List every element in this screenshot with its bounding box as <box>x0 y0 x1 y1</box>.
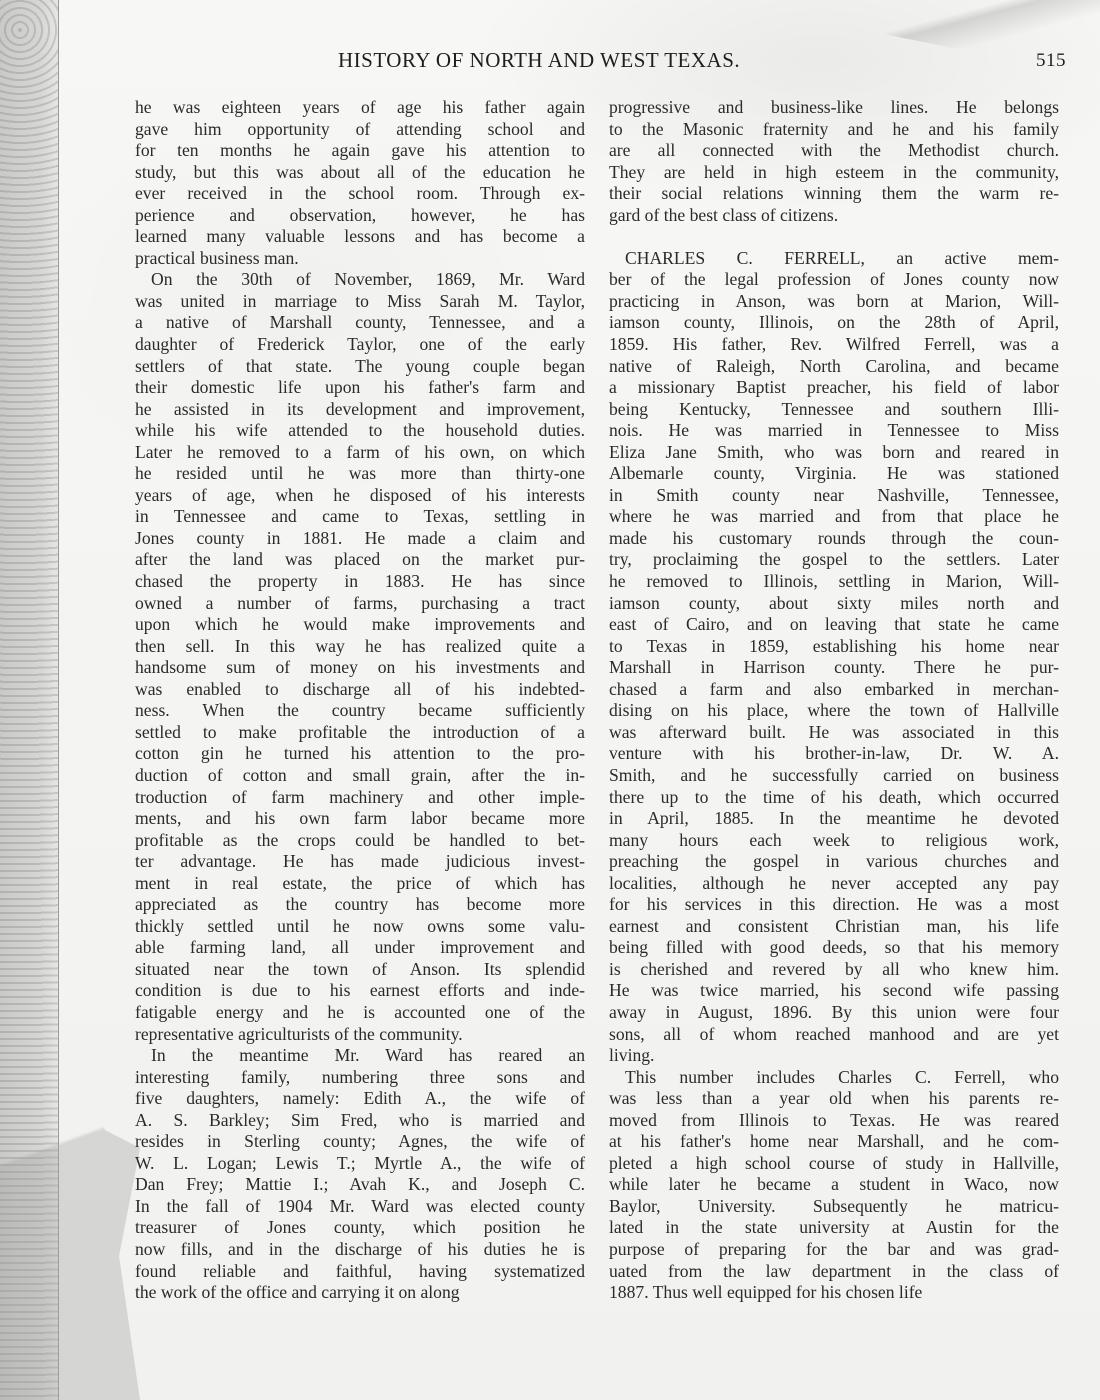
text-line: treasurer of Jones county, which positio… <box>135 1217 585 1239</box>
text-line: chased the property in 1883. He has sinc… <box>135 571 585 593</box>
text-line: where he was married and from that place… <box>609 506 1059 528</box>
text-line: owned a number of farms, purchasing a tr… <box>135 593 585 615</box>
text-line: being filled with good deeds, so that hi… <box>609 937 1059 959</box>
text-line: their domestic life upon his father's fa… <box>135 377 585 399</box>
text-line: he resided until he was more than thirty… <box>135 463 585 485</box>
text-line: moved from Illinois to Texas. He was rea… <box>609 1110 1059 1132</box>
text-line: CHARLES C. FERRELL, an active mem- <box>609 248 1059 270</box>
paragraph: he was eighteen years of age his father … <box>135 97 585 269</box>
text-line: east of Cairo, and on leaving that state… <box>609 614 1059 636</box>
text-line: he assisted in its development and impro… <box>135 399 585 421</box>
text-line: fatigable energy and he is accounted one… <box>135 1002 585 1024</box>
left-column: he was eighteen years of age his father … <box>135 97 585 1304</box>
text-line: A. S. Barkley; Sim Fred, who is married … <box>135 1110 585 1132</box>
text-line: progressive and business-like lines. He … <box>609 97 1059 119</box>
text-line: study, but this was about all of the edu… <box>135 162 585 184</box>
text-line: iamson county, Illinois, on the 28th of … <box>609 312 1059 334</box>
text-line: venture with his brother-in-law, Dr. W. … <box>609 743 1059 765</box>
text-line: he removed to Illinois, settling in Mari… <box>609 571 1059 593</box>
text-line: chased a farm and also embarked in merch… <box>609 679 1059 701</box>
text-line: nois. He was married in Tennessee to Mis… <box>609 420 1059 442</box>
text-line: a missionary Baptist preacher, his field… <box>609 377 1059 399</box>
text-line: ever received in the school room. Throug… <box>135 183 585 205</box>
text-line: was afterward built. He was associated i… <box>609 722 1059 744</box>
text-line: handsome sum of money on his investments… <box>135 657 585 679</box>
text-line: is cherished and revered by all who knew… <box>609 959 1059 981</box>
text-line: Dan Frey; Mattie I.; Avah K., and Joseph… <box>135 1174 585 1196</box>
text-line: dising on his place, where the town of H… <box>609 700 1059 722</box>
text-line: localities, although he never accepted a… <box>609 873 1059 895</box>
text-line: lated in the state university at Austin … <box>609 1217 1059 1239</box>
text-line: ment in real estate, the price of which … <box>135 873 585 895</box>
text-line: to Texas in 1859, establishing his home … <box>609 636 1059 658</box>
text-line: now fills, and in the discharge of his d… <box>135 1239 585 1261</box>
text-line: situated near the town of Anson. Its spl… <box>135 959 585 981</box>
text-line: settled to make profitable the introduct… <box>135 722 585 744</box>
text-line: Baylor, University. Subsequently he matr… <box>609 1196 1059 1218</box>
paragraph-gap <box>609 226 1059 248</box>
text-line: in Tennessee and came to Texas, settling… <box>135 506 585 528</box>
text-line: Eliza Jane Smith, who was born and reare… <box>609 442 1059 464</box>
text-line: in April, 1885. In the meantime he devot… <box>609 808 1059 830</box>
text-line: Jones county in 1881. He made a claim an… <box>135 528 585 550</box>
text-line: Smith, and he successfully carried on bu… <box>609 765 1059 787</box>
text-line: upon which he would make improvements an… <box>135 614 585 636</box>
text-line: learned many valuable lessons and has be… <box>135 226 585 248</box>
text-line: was enabled to discharge all of his inde… <box>135 679 585 701</box>
text-line: On the 30th of November, 1869, Mr. Ward <box>135 269 585 291</box>
text-line: W. L. Logan; Lewis T.; Myrtle A., the wi… <box>135 1153 585 1175</box>
paragraph: CHARLES C. FERRELL, an active mem-ber of… <box>609 248 1059 1067</box>
text-line: in Smith county near Nashville, Tennesse… <box>609 485 1059 507</box>
text-line: ber of the legal profession of Jones cou… <box>609 269 1059 291</box>
text-line: preaching the gospel in various churches… <box>609 851 1059 873</box>
text-line: for his services in this direction. He w… <box>609 894 1059 916</box>
paragraph: progressive and business-like lines. He … <box>609 97 1059 226</box>
text-line: gard of the best class of citizens. <box>609 205 1059 227</box>
text-line: then sell. In this way he has realized q… <box>135 636 585 658</box>
text-line: was united in marriage to Miss Sarah M. … <box>135 291 585 313</box>
text-line: after the land was placed on the market … <box>135 549 585 571</box>
text-line: are all connected with the Methodist chu… <box>609 140 1059 162</box>
text-line: profitable as the crops could be handled… <box>135 830 585 852</box>
text-line: They are held in high esteem in the comm… <box>609 162 1059 184</box>
text-line: duction of cotton and small grain, after… <box>135 765 585 787</box>
text-line: years of age, when he disposed of his in… <box>135 485 585 507</box>
text-line: He was twice married, his second wife pa… <box>609 980 1059 1002</box>
text-line: purpose of preparing for the bar and was… <box>609 1239 1059 1261</box>
right-column: progressive and business-like lines. He … <box>609 97 1059 1304</box>
text-line: In the meantime Mr. Ward has reared an <box>135 1045 585 1067</box>
text-line: pleted a high school course of study in … <box>609 1153 1059 1175</box>
text-line: a native of Marshall county, Tennessee, … <box>135 312 585 334</box>
text-line: Marshall in Harrison county. There he pu… <box>609 657 1059 679</box>
text-line: living. <box>609 1045 1059 1067</box>
text-line: gave him opportunity of attending school… <box>135 119 585 141</box>
text-line: uated from the law department in the cla… <box>609 1261 1059 1283</box>
text-line: troduction of farm machinery and other i… <box>135 787 585 809</box>
text-line: Later he removed to a farm of his own, o… <box>135 442 585 464</box>
text-line: try, proclaiming the gospel to the settl… <box>609 549 1059 571</box>
running-title: HISTORY OF NORTH AND WEST TEXAS. <box>338 48 740 73</box>
text-line: at his father's home near Marshall, and … <box>609 1131 1059 1153</box>
text-line: many hours each week to religious work, <box>609 830 1059 852</box>
text-line: able farming land, all under improvement… <box>135 937 585 959</box>
text-line: condition is due to his earnest efforts … <box>135 980 585 1002</box>
text-line: found reliable and faithful, having syst… <box>135 1261 585 1283</box>
text-line: In the fall of 1904 Mr. Ward was elected… <box>135 1196 585 1218</box>
text-line: the work of the office and carrying it o… <box>135 1282 585 1304</box>
text-line: being Kentucky, Tennessee and southern I… <box>609 399 1059 421</box>
text-line: appreciated as the country has become mo… <box>135 894 585 916</box>
text-line: earnest and consistent Christian man, hi… <box>609 916 1059 938</box>
text-line: ter advantage. He has made judicious inv… <box>135 851 585 873</box>
paragraph: On the 30th of November, 1869, Mr. Wardw… <box>135 269 585 1045</box>
text-line: settlers of that state. The young couple… <box>135 356 585 378</box>
text-line: representative agriculturists of the com… <box>135 1024 585 1046</box>
text-line: sons, all of whom reached manhood and ar… <box>609 1024 1059 1046</box>
page-number: 515 <box>1036 50 1066 72</box>
text-line: ments, and his own farm labor became mor… <box>135 808 585 830</box>
text-line: interesting family, numbering three sons… <box>135 1067 585 1089</box>
text-line: there up to the time of his death, which… <box>609 787 1059 809</box>
text-line: 1859. His father, Rev. Wilfred Ferrell, … <box>609 334 1059 356</box>
text-line: their social relations winning them the … <box>609 183 1059 205</box>
text-line: five daughters, namely: Edith A., the wi… <box>135 1088 585 1110</box>
text-line: iamson county, about sixty miles north a… <box>609 593 1059 615</box>
text-line: for ten months he again gave his attenti… <box>135 140 585 162</box>
text-line: away in August, 1896. By this union were… <box>609 1002 1059 1024</box>
running-header: HISTORY OF NORTH AND WEST TEXAS. 515 <box>338 48 1078 78</box>
text-line: cotton gin he turned his attention to th… <box>135 743 585 765</box>
text-line: daughter of Frederick Taylor, one of the… <box>135 334 585 356</box>
text-line: practicing in Anson, was born at Marion,… <box>609 291 1059 313</box>
text-line: made his customary rounds through the co… <box>609 528 1059 550</box>
text-line: resides in Sterling county; Agnes, the w… <box>135 1131 585 1153</box>
text-line: native of Raleigh, North Carolina, and b… <box>609 356 1059 378</box>
text-line: Albemarle county, Virginia. He was stati… <box>609 463 1059 485</box>
text-line: was less than a year old when his parent… <box>609 1088 1059 1110</box>
text-line: ness. When the country became sufficient… <box>135 700 585 722</box>
paragraph: In the meantime Mr. Ward has reared anin… <box>135 1045 585 1304</box>
text-line: to the Masonic fraternity and he and his… <box>609 119 1059 141</box>
text-line: while later he became a student in Waco,… <box>609 1174 1059 1196</box>
text-line: perience and observation, however, he ha… <box>135 205 585 227</box>
text-line: thickly settled until he now owns some v… <box>135 916 585 938</box>
text-line: while his wife attended to the household… <box>135 420 585 442</box>
text-line: This number includes Charles C. Ferrell,… <box>609 1067 1059 1089</box>
text-line: he was eighteen years of age his father … <box>135 97 585 119</box>
text-line: 1887. Thus well equipped for his chosen … <box>609 1282 1059 1304</box>
text-line: practical business man. <box>135 248 585 270</box>
paragraph: This number includes Charles C. Ferrell,… <box>609 1067 1059 1304</box>
